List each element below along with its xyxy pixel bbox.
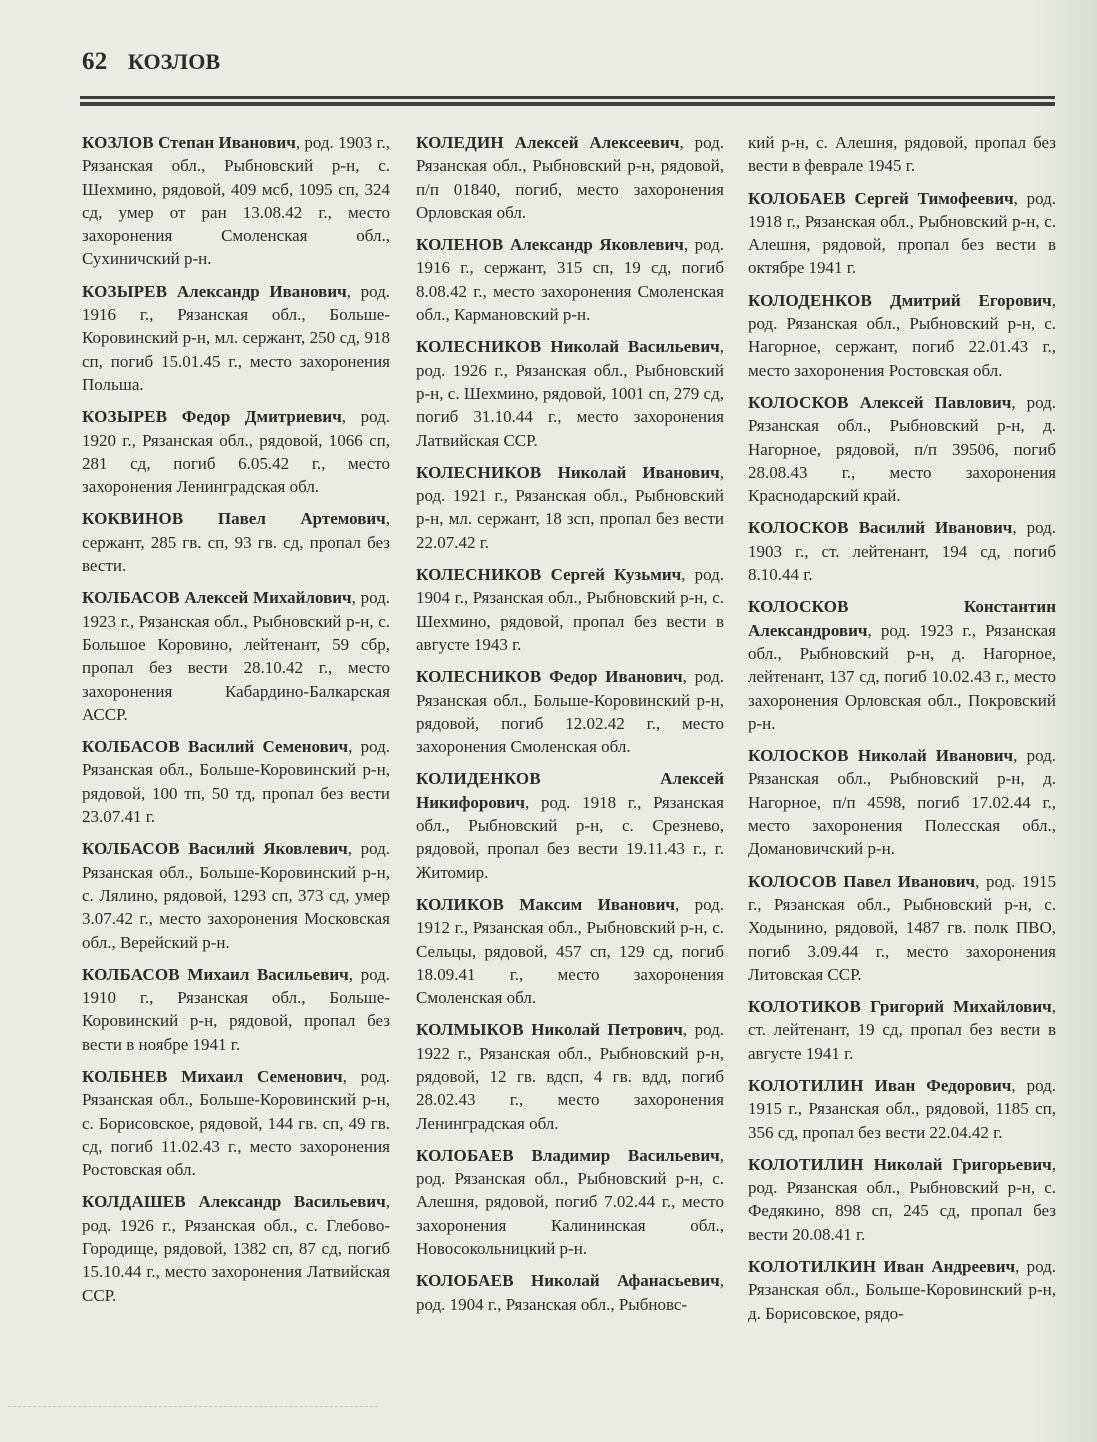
entry-surname: КОЛОСОВ [748, 872, 837, 891]
list-item: КОЛОСКОВ Константин Александрович, род. … [748, 595, 1056, 735]
entry-surname: КОЛБАСОВ [82, 839, 180, 858]
entry-given-name: Николай Григорьевич [874, 1155, 1052, 1174]
entry-surname: КОЛОСКОВ [748, 518, 849, 537]
column-3: кий р-н, с. Алешня, рядовой, пропал без … [748, 131, 1056, 1334]
entry-given-name: Степан Иванович [158, 133, 296, 152]
list-item: КОЗЛОВ Степан Иванович, род. 1903 г., Ря… [82, 131, 390, 271]
entry-surname: КОЛОСКОВ [748, 746, 849, 765]
entry-surname: КОЛДАШЕВ [82, 1192, 186, 1211]
scan-artifact-line [8, 1406, 378, 1408]
entry-given-name: Сергей Кузьмич [551, 565, 682, 584]
entry-surname: КОЛОСКОВ [748, 393, 849, 412]
list-item: КОЛОСОВ Павел Иванович, род. 1915 г., Ря… [748, 870, 1056, 986]
entry-given-name: Александр Иванович [177, 282, 347, 301]
entry-surname: КОЛОБАЕВ [416, 1271, 514, 1290]
entry-given-name: Алексей Алексеевич [515, 133, 680, 152]
entry-given-name: Николай Иванович [558, 463, 720, 482]
entry-given-name: Иван Андреевич [883, 1257, 1015, 1276]
list-item: КОЛБАСОВ Алексей Михайлович, род. 1923 г… [82, 586, 390, 726]
list-item: КОЛЕСНИКОВ Николай Васильевич, род. 1926… [416, 335, 724, 451]
entry-surname: КОКВИНОВ [82, 509, 183, 528]
entry-given-name: Павел Артемович [218, 509, 386, 528]
entry-given-name: Михаил Семенович [181, 1067, 342, 1086]
entry-given-name: Александр Васильевич [198, 1192, 385, 1211]
entry-given-name: Николай Васильевич [550, 337, 719, 356]
entry-given-name: Александр Яковлевич [510, 235, 684, 254]
entry-given-name: Максим Иванович [519, 895, 675, 914]
entry-surname: КОЛЕСНИКОВ [416, 337, 541, 356]
list-item: КОЛОТИКОВ Григорий Михайлович, ст. лейте… [748, 995, 1056, 1065]
entry-surname: КОЗЫРЕВ [82, 407, 167, 426]
entry-surname: КОЛОДЕНКОВ [748, 291, 872, 310]
list-item: КОЛИКОВ Максим Иванович, род. 1912 г., Р… [416, 893, 724, 1009]
entry-surname: КОЛОБАЕВ [748, 189, 846, 208]
list-item: КОЛЕНОВ Александр Яковлевич, род. 1916 г… [416, 233, 724, 326]
entry-given-name: Николай Петрович [531, 1020, 683, 1039]
entry-surname: КОЛОСКОВ [748, 597, 849, 616]
entry-surname: КОЛЕСНИКОВ [416, 463, 541, 482]
entry-surname: КОЛЕДИН [416, 133, 504, 152]
entry-given-name: Алексей Павлович [860, 393, 1012, 412]
entry-surname: КОЗЛОВ [82, 133, 154, 152]
list-item: КОЛБНЕВ Михаил Семенович, род. Рязанская… [82, 1065, 390, 1181]
entry-given-name: Федор Дмитриевич [182, 407, 342, 426]
entry-surname: КОЛОТИЛКИН [748, 1257, 876, 1276]
entry-given-name: Василий Яковлевич [188, 839, 347, 858]
page-number: 62 [82, 48, 107, 75]
list-item: КОЛОТИЛИН Николай Григорьевич, род. Ряза… [748, 1153, 1056, 1246]
column-2: КОЛЕДИН Алексей Алексеевич, род. Рязанск… [416, 131, 724, 1325]
list-item: КОЛОДЕНКОВ Дмитрий Егорович, род. Рязанс… [748, 289, 1056, 382]
list-item: КОЛОСКОВ Николай Иванович, род. Рязанска… [748, 744, 1056, 860]
entry-surname: КОЛБАСОВ [82, 737, 180, 756]
entry-surname: КОЛЕСНИКОВ [416, 667, 541, 686]
entry-given-name: Григорий Михайлович [870, 997, 1052, 1016]
entry-surname: КОЛОТИКОВ [748, 997, 861, 1016]
entry-surname: КОЛБАСОВ [82, 588, 180, 607]
page-header: 62 КОЗЛОВ [82, 48, 220, 76]
entry-given-name: Иван Федорович [875, 1076, 1012, 1095]
list-item: КОЛБАСОВ Василий Яковлевич, род. Рязанск… [82, 837, 390, 953]
list-item: КОЛМЫКОВ Николай Петрович, род. 1922 г.,… [416, 1018, 724, 1134]
list-item: КОЛЕСНИКОВ Сергей Кузьмич, род. 1904 г.,… [416, 563, 724, 656]
list-item: КОЛОБАЕВ Сергей Тимофеевич, род. 1918 г.… [748, 187, 1056, 280]
running-title: КОЗЛОВ [128, 49, 221, 74]
entry-surname: КОЛИДЕНКОВ [416, 769, 541, 788]
list-item: КОЛИДЕНКОВ Алексей Никифорович, род. 191… [416, 767, 724, 883]
list-item: КОЛБАСОВ Михаил Васильевич, род. 1910 г.… [82, 963, 390, 1056]
list-item: КОЗЫРЕВ Федор Дмитриевич, род. 1920 г., … [82, 405, 390, 498]
entry-surname: КОЛБАСОВ [82, 965, 180, 984]
entry-given-name: Владимир Васильевич [532, 1146, 720, 1165]
entry-surname: КОЛОТИЛИН [748, 1076, 864, 1095]
entry-given-name: Михаил Васильевич [187, 965, 348, 984]
header-rule-top [80, 96, 1055, 99]
entry-surname: КОЛИКОВ [416, 895, 504, 914]
entry-details: , род. 1903 г., Рязанская обл., Рыбновск… [82, 133, 390, 268]
entry-given-name: Василий Иванович [859, 518, 1013, 537]
list-item: КОЛОСКОВ Алексей Павлович, род. Рязанска… [748, 391, 1056, 507]
list-item: КОЛОБАЕВ Владимир Васильевич, род. Рязан… [416, 1144, 724, 1260]
list-item: КОЛДАШЕВ Александр Васильевич, род. 1926… [82, 1190, 390, 1306]
entry-given-name: Алексей Михайлович [185, 588, 352, 607]
entry-given-name: Николай Иванович [858, 746, 1013, 765]
list-item: кий р-н, с. Алешня, рядовой, пропал без … [748, 131, 1056, 178]
entry-surname: КОЛМЫКОВ [416, 1020, 524, 1039]
list-item: КОКВИНОВ Павел Артемович, сержант, 285 г… [82, 507, 390, 577]
column-1: КОЗЛОВ Степан Иванович, род. 1903 г., Ря… [82, 131, 390, 1316]
list-item: КОЛОТИЛКИН Иван Андреевич, род. Рязанска… [748, 1255, 1056, 1325]
list-item: КОЛОТИЛИН Иван Федорович, род. 1915 г., … [748, 1074, 1056, 1144]
list-item: КОЛОСКОВ Василий Иванович, род. 1903 г.,… [748, 516, 1056, 586]
entry-given-name: Дмитрий Егорович [890, 291, 1052, 310]
entry-surname: КОЛЕНОВ [416, 235, 503, 254]
entry-given-name: Василий Семенович [188, 737, 348, 756]
entry-given-name: Сергей Тимофеевич [855, 189, 1014, 208]
entry-surname: КОЛБНЕВ [82, 1067, 168, 1086]
entry-surname: КОЛОТИЛИН [748, 1155, 864, 1174]
list-item: КОЛБАСОВ Василий Семенович, род. Рязанск… [82, 735, 390, 828]
entry-surname: КОЗЫРЕВ [82, 282, 167, 301]
list-item: КОЛЕДИН Алексей Алексеевич, род. Рязанск… [416, 131, 724, 224]
entry-given-name: Николай Афанасьевич [531, 1271, 720, 1290]
list-item: КОЛЕСНИКОВ Николай Иванович, род. 1921 г… [416, 461, 724, 554]
entry-details: кий р-н, с. Алешня, рядовой, пропал без … [748, 133, 1056, 175]
list-item: КОЛЕСНИКОВ Федор Иванович, род. Рязанска… [416, 665, 724, 758]
entry-details: , род. 1923 г., Рязанская обл., Рыбновск… [82, 588, 390, 723]
header-rule-bottom [80, 102, 1055, 106]
entry-surname: КОЛЕСНИКОВ [416, 565, 541, 584]
list-item: КОЛОБАЕВ Николай Афанасьевич, род. 1904 … [416, 1269, 724, 1316]
entry-given-name: Федор Иванович [549, 667, 683, 686]
list-item: КОЗЫРЕВ Александр Иванович, род. 1916 г.… [82, 280, 390, 396]
entry-surname: КОЛОБАЕВ [416, 1146, 514, 1165]
entry-given-name: Павел Иванович [843, 872, 975, 891]
